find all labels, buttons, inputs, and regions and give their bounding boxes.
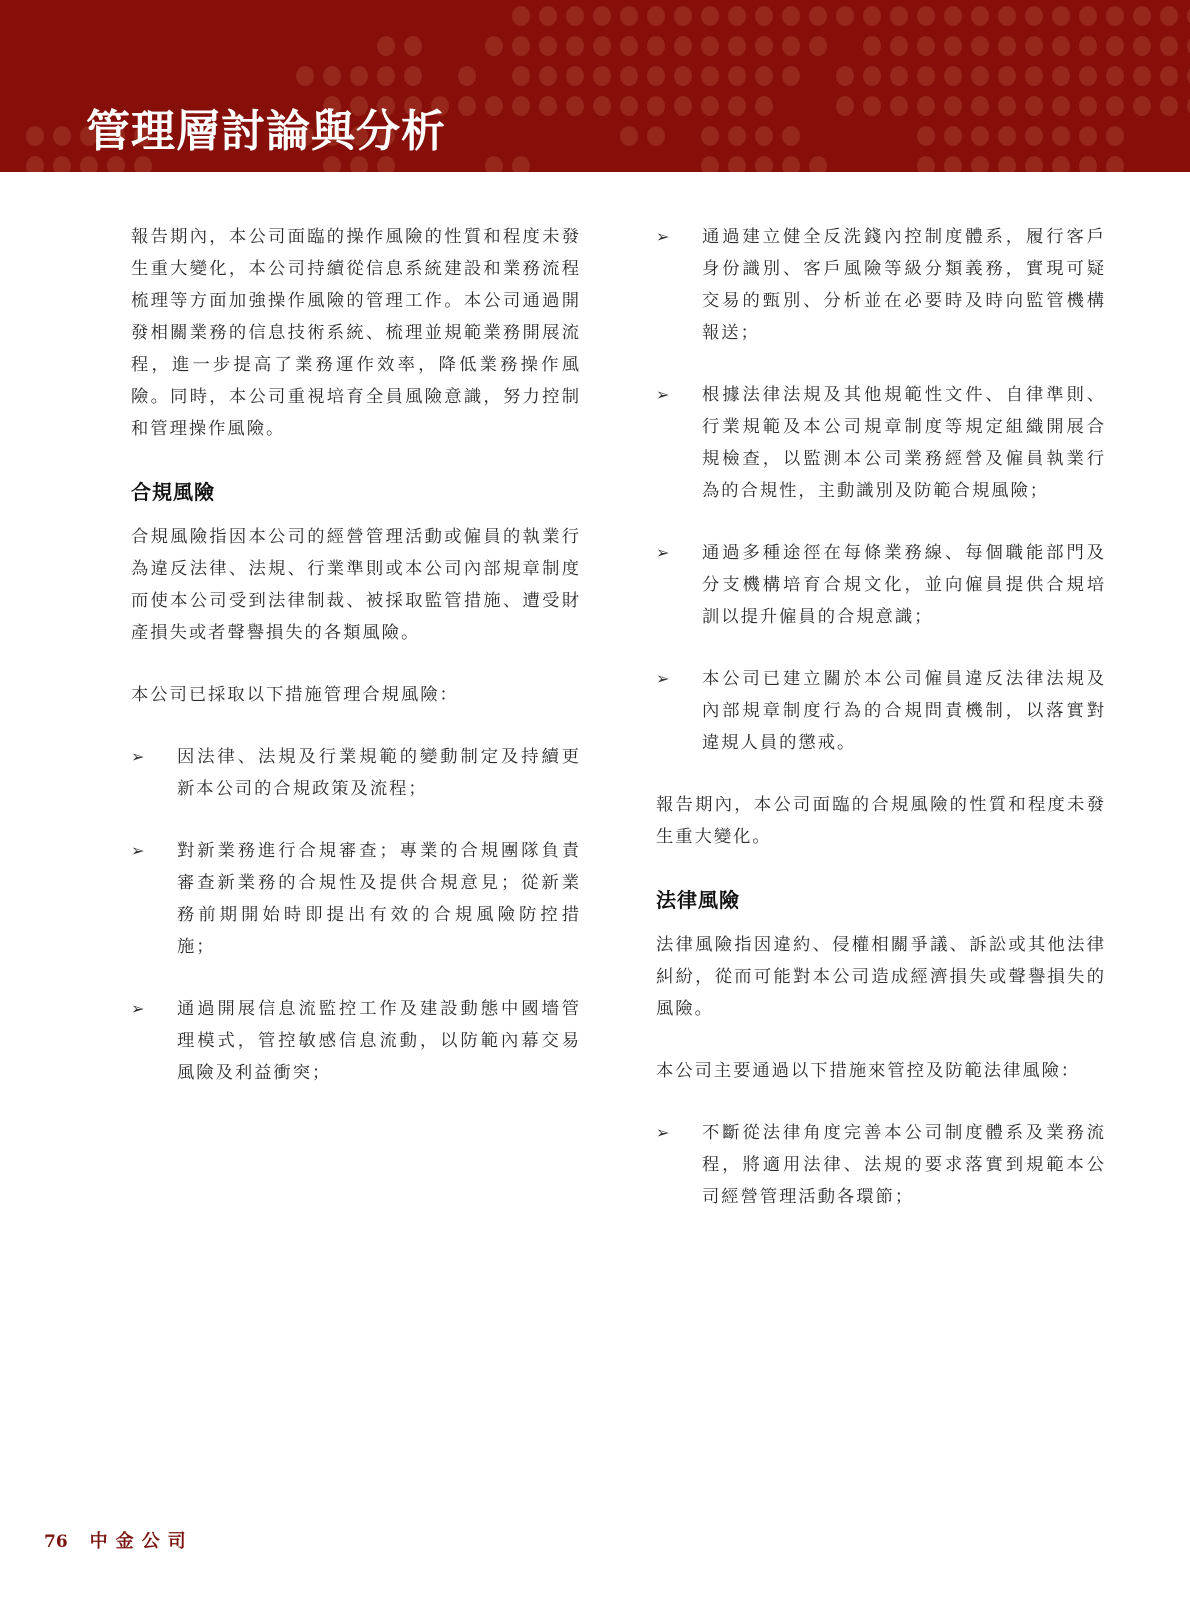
- compliance-bullet: ➢ 通過建立健全反洗錢內控制度體系，履行客戶身份識別、客戶風險等級分類義務，實現…: [656, 221, 1106, 349]
- legal-definition-paragraph: 法律風險指因違約、侵權相關爭議、訴訟或其他法律糾紛，從而可能對本公司造成經濟損失…: [656, 929, 1106, 1025]
- compliance-bullet: ➢ 本公司已建立關於本公司僱員違反法律法規及內部規章制度行為的合規問責機制，以落…: [656, 663, 1106, 759]
- compliance-risk-heading: 合規風險: [131, 477, 581, 507]
- company-name: 中金公司: [90, 1527, 194, 1553]
- legal-bullet: ➢ 不斷從法律角度完善本公司制度體系及業務流程，將適用法律、法規的要求落實到規範…: [656, 1117, 1106, 1213]
- arrow-bullet-icon: ➢: [131, 741, 177, 773]
- bullet-text: 通過開展信息流監控工作及建設動態中國墻管理模式，管控敏感信息流動，以防範內幕交易…: [177, 993, 581, 1089]
- left-column: 報告期內，本公司面臨的操作風險的性質和程度未發生重大變化，本公司持續從信息系統建…: [131, 221, 581, 1089]
- arrow-bullet-icon: ➢: [131, 993, 177, 1025]
- bullet-text: 對新業務進行合規審查；專業的合規團隊負責審查新業務的合規性及提供合規意見；從新業…: [177, 835, 581, 963]
- arrow-bullet-icon: ➢: [656, 379, 702, 411]
- compliance-bullet: ➢ 根據法律法規及其他規範性文件、自律準則、行業規範及本公司規章制度等規定組織開…: [656, 379, 1106, 507]
- compliance-bullet: ➢ 因法律、法規及行業規範的變動制定及持續更新本公司的合規政策及流程；: [131, 741, 581, 805]
- page-number: 76: [44, 1532, 68, 1552]
- page-footer: 76 中金公司: [44, 1527, 194, 1553]
- right-column: ➢ 通過建立健全反洗錢內控制度體系，履行客戶身份識別、客戶風險等級分類義務，實現…: [656, 221, 1106, 1213]
- bullet-text: 因法律、法規及行業規範的變動制定及持續更新本公司的合規政策及流程；: [177, 741, 581, 805]
- bullet-text: 通過建立健全反洗錢內控制度體系，履行客戶身份識別、客戶風險等級分類義務，實現可疑…: [702, 221, 1106, 349]
- arrow-bullet-icon: ➢: [656, 1117, 702, 1149]
- compliance-bullet: ➢ 通過開展信息流監控工作及建設動態中國墻管理模式，管控敏感信息流動，以防範內幕…: [131, 993, 581, 1089]
- arrow-bullet-icon: ➢: [656, 663, 702, 695]
- arrow-bullet-icon: ➢: [656, 221, 702, 253]
- page-title: 管理層討論與分析: [86, 106, 446, 158]
- header-banner: 管理層討論與分析: [0, 0, 1190, 172]
- legal-measures-intro: 本公司主要通過以下措施來管控及防範法律風險：: [656, 1055, 1106, 1087]
- compliance-summary-paragraph: 報告期內，本公司面臨的合規風險的性質和程度未發生重大變化。: [656, 789, 1106, 853]
- legal-risk-heading: 法律風險: [656, 885, 1106, 915]
- compliance-bullet: ➢ 通過多種途徑在每條業務線、每個職能部門及分支機構培育合規文化，並向僱員提供合…: [656, 537, 1106, 633]
- bullet-text: 根據法律法規及其他規範性文件、自律準則、行業規範及本公司規章制度等規定組織開展合…: [702, 379, 1106, 507]
- bullet-text: 通過多種途徑在每條業務線、每個職能部門及分支機構培育合規文化，並向僱員提供合規培…: [702, 537, 1106, 633]
- arrow-bullet-icon: ➢: [656, 537, 702, 569]
- compliance-definition-paragraph: 合規風險指因本公司的經營管理活動或僱員的執業行為違反法律、法規、行業準則或本公司…: [131, 521, 581, 649]
- compliance-measures-intro: 本公司已採取以下措施管理合規風險：: [131, 679, 581, 711]
- operational-risk-paragraph: 報告期內，本公司面臨的操作風險的性質和程度未發生重大變化，本公司持續從信息系統建…: [131, 221, 581, 445]
- arrow-bullet-icon: ➢: [131, 835, 177, 867]
- bullet-text: 本公司已建立關於本公司僱員違反法律法規及內部規章制度行為的合規問責機制，以落實對…: [702, 663, 1106, 759]
- compliance-bullet: ➢ 對新業務進行合規審查；專業的合規團隊負責審查新業務的合規性及提供合規意見；從…: [131, 835, 581, 963]
- bullet-text: 不斷從法律角度完善本公司制度體系及業務流程，將適用法律、法規的要求落實到規範本公…: [702, 1117, 1106, 1213]
